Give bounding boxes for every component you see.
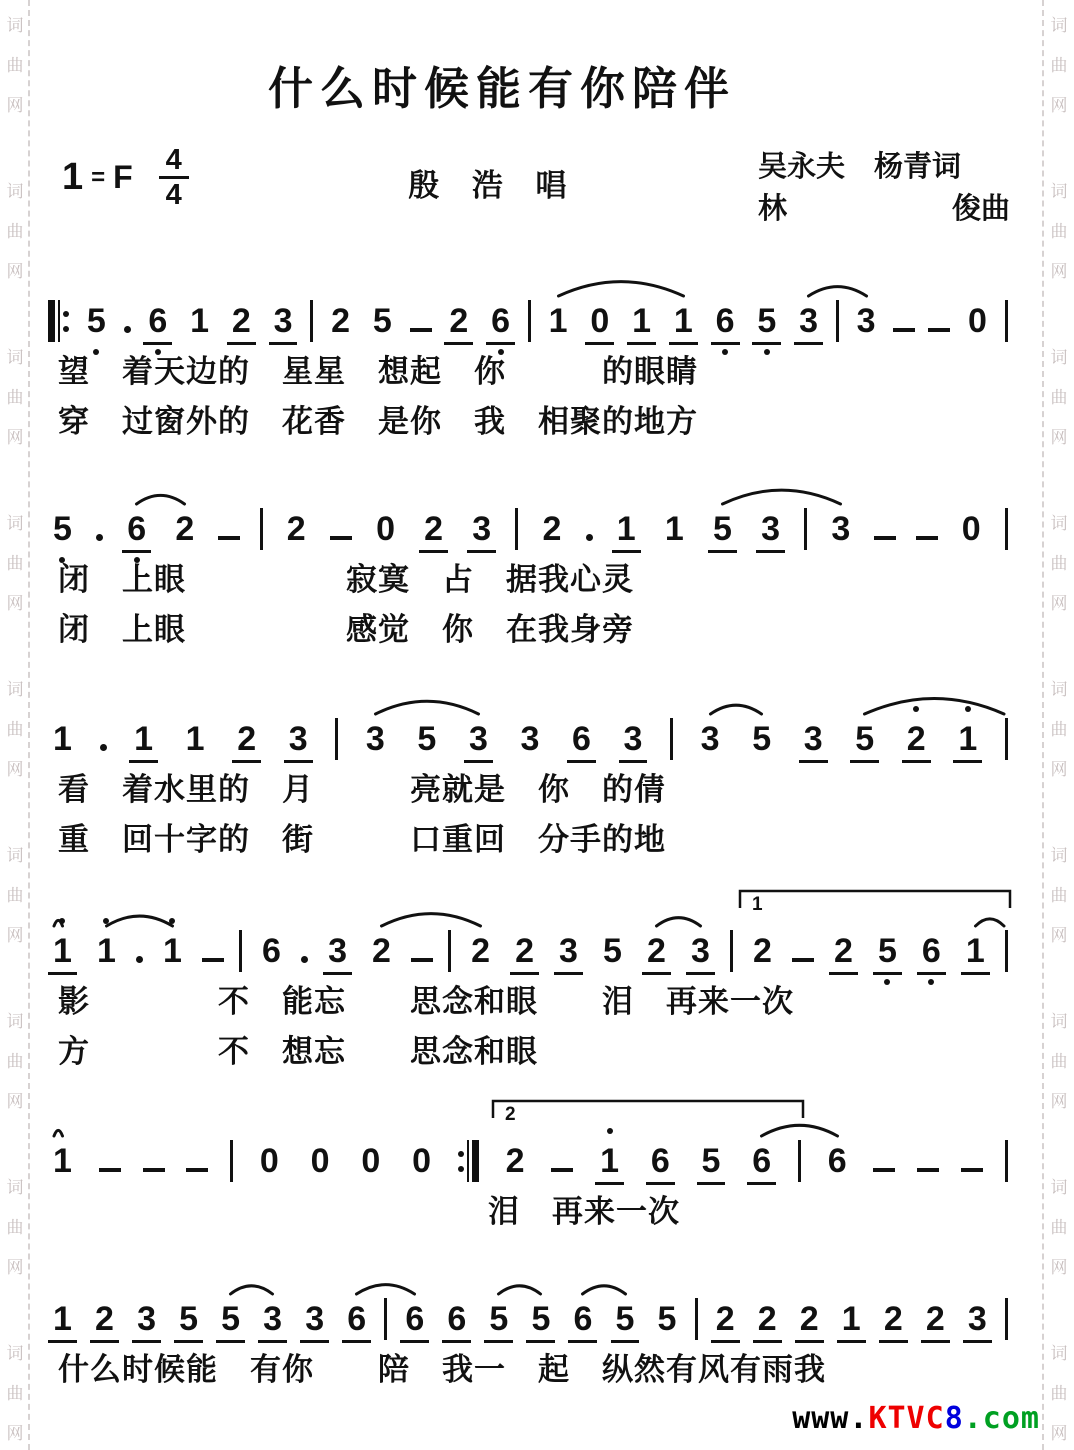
note: 2 bbox=[902, 718, 931, 763]
note: 3 bbox=[515, 718, 544, 760]
repeat-end-barline bbox=[458, 1140, 479, 1182]
notation-line: 100002165662 bbox=[48, 1096, 1008, 1185]
repeat-begin-barline bbox=[48, 300, 69, 342]
side-watermark-group: 词曲网 bbox=[7, 338, 24, 458]
note: 3 bbox=[323, 930, 352, 975]
note: 3 bbox=[852, 300, 881, 342]
lyrics-line: 方 不 想忘 思念和眼 bbox=[48, 1029, 1008, 1075]
barline bbox=[730, 930, 733, 972]
slur-overlay: 2 bbox=[48, 1096, 1008, 1140]
sheet-music-page: 词曲网词曲网词曲网词曲网词曲网词曲网词曲网词曲网词曲网 词曲网词曲网词曲网词曲网… bbox=[0, 0, 1074, 1450]
rest-note: 0 bbox=[963, 300, 992, 342]
note: 6 bbox=[646, 1140, 675, 1185]
note: 5 bbox=[412, 718, 441, 760]
volta-label: 1 bbox=[752, 894, 763, 915]
side-watermark-group: 词曲网 bbox=[7, 172, 24, 292]
note: 1 bbox=[837, 1298, 866, 1343]
duration-dash bbox=[411, 958, 433, 962]
side-watermark-group: 词曲网 bbox=[1051, 504, 1068, 624]
singer-credit: 殷 浩 唱 bbox=[408, 160, 578, 205]
augmentation-dot bbox=[136, 956, 143, 963]
note: 2 bbox=[367, 930, 396, 972]
volta-label: 2 bbox=[505, 1104, 516, 1125]
duration-dash bbox=[186, 1168, 208, 1172]
slur-overlay: 1 bbox=[48, 886, 1008, 930]
duration-dash bbox=[218, 536, 240, 540]
note: 5 bbox=[174, 1298, 203, 1343]
note: 2 bbox=[282, 508, 311, 550]
note: 3 bbox=[361, 718, 390, 760]
lyrics-line: 重 回十字的 街 口重回 分手的地 bbox=[48, 817, 1008, 863]
note: 1 bbox=[48, 1298, 77, 1343]
side-watermark-group: 词曲网 bbox=[1051, 1002, 1068, 1122]
meter-denominator: 4 bbox=[166, 181, 182, 209]
side-watermark-group: 词曲网 bbox=[1051, 172, 1068, 292]
music-system: 561232526101165330望 着天边的 星星 想起 你 的眼睛穿 过窗… bbox=[48, 256, 1008, 445]
note: 2 bbox=[711, 1298, 740, 1343]
notation-line: 111632223523225611 bbox=[48, 886, 1008, 975]
note: 2 bbox=[753, 1298, 782, 1343]
note: 3 bbox=[826, 508, 855, 550]
slur-overlay bbox=[48, 674, 1008, 718]
note: 5 bbox=[747, 718, 776, 760]
barline bbox=[1005, 508, 1008, 550]
note: 3 bbox=[756, 508, 785, 553]
slur-arc bbox=[54, 1130, 63, 1136]
barline bbox=[1005, 1298, 1008, 1340]
augmentation-dot bbox=[96, 534, 103, 541]
slur-arc bbox=[499, 1286, 541, 1294]
note: 1 bbox=[158, 930, 187, 972]
note: 5 bbox=[611, 1298, 640, 1343]
note: 2 bbox=[748, 930, 777, 972]
duration-dash bbox=[99, 1168, 121, 1172]
note: 6 bbox=[917, 930, 946, 975]
duration-dash bbox=[202, 958, 224, 962]
barline bbox=[798, 1140, 801, 1182]
barline bbox=[804, 508, 807, 550]
note: 2 bbox=[419, 508, 448, 553]
author-credits: 吴永夫 杨青词 林 俊曲 bbox=[758, 146, 1010, 230]
side-watermark-group: 词曲网 bbox=[1051, 1168, 1068, 1288]
barline bbox=[1005, 930, 1008, 972]
note: 6 bbox=[567, 718, 596, 763]
song-title: 什么时候能有你陪伴 bbox=[0, 52, 1004, 117]
duration-dash bbox=[916, 536, 938, 540]
side-watermark-group: 词曲网 bbox=[7, 1334, 24, 1450]
note: 1 bbox=[185, 300, 214, 342]
note: 6 bbox=[122, 508, 151, 553]
note: 2 bbox=[232, 718, 261, 763]
barline bbox=[1005, 1140, 1008, 1182]
note: 1 bbox=[660, 508, 689, 550]
note: 3 bbox=[794, 300, 823, 345]
note: 1 bbox=[48, 718, 77, 760]
slur-arc bbox=[137, 495, 185, 504]
note: 1 bbox=[627, 300, 656, 345]
note: 5 bbox=[653, 1298, 682, 1340]
rest-note: 0 bbox=[585, 300, 614, 345]
note: 3 bbox=[284, 718, 313, 763]
duration-dash bbox=[551, 1168, 573, 1172]
note: 6 bbox=[711, 300, 740, 345]
slur-arc bbox=[382, 914, 481, 926]
equals-sign: = bbox=[91, 164, 105, 192]
lyrics-line: 穿 过窗外的 花香 是你 我 相聚的地方 bbox=[48, 399, 1008, 445]
duration-dash bbox=[961, 1168, 983, 1172]
note: 5 bbox=[82, 300, 111, 342]
duration-dash bbox=[928, 328, 950, 332]
music-system: 111632223523225611影 不 能忘 思念和眼 泪 再来一次方 不 … bbox=[48, 886, 1008, 1075]
note: 5 bbox=[598, 930, 627, 972]
barline bbox=[448, 930, 451, 972]
note: 6 bbox=[747, 1140, 776, 1185]
slur-arc bbox=[809, 287, 867, 296]
note: 5 bbox=[216, 1298, 245, 1343]
watermark-segment: 8 bbox=[945, 1401, 964, 1436]
rest-note: 0 bbox=[371, 508, 400, 550]
note: 3 bbox=[686, 930, 715, 975]
side-watermark-group: 词曲网 bbox=[7, 504, 24, 624]
note: 2 bbox=[227, 300, 256, 345]
note: 2 bbox=[170, 508, 199, 550]
barline bbox=[515, 508, 518, 550]
barline bbox=[695, 1298, 698, 1340]
note: 5 bbox=[526, 1298, 555, 1343]
duration-dash bbox=[917, 1168, 939, 1172]
tonic: 1 bbox=[62, 156, 83, 199]
side-watermark-group: 词曲网 bbox=[7, 1168, 24, 1288]
note: 3 bbox=[467, 508, 496, 553]
side-watermark-left: 词曲网词曲网词曲网词曲网词曲网词曲网词曲网词曲网词曲网 bbox=[2, 6, 28, 1450]
lyrics-line: 泪 再来一次 bbox=[48, 1189, 1008, 1235]
note: 6 bbox=[486, 300, 515, 345]
lyrics-line: 看 着水里的 月 亮就是 你 的倩 bbox=[48, 767, 1008, 813]
rest-note: 0 bbox=[306, 1140, 335, 1182]
barline bbox=[335, 718, 338, 760]
slur-overlay bbox=[48, 256, 1008, 300]
side-watermark-group: 词曲网 bbox=[1051, 338, 1068, 458]
music-system: 11123353363353521看 着水里的 月 亮就是 你 的倩重 回十字的… bbox=[48, 674, 1008, 863]
note: 3 bbox=[554, 930, 583, 975]
note: 6 bbox=[442, 1298, 471, 1343]
side-watermark-group: 词曲网 bbox=[1051, 6, 1068, 126]
slur-arc bbox=[107, 916, 173, 926]
note: 5 bbox=[850, 718, 879, 763]
note: 2 bbox=[642, 930, 671, 975]
music-system: 100002165662泪 再来一次 bbox=[48, 1096, 1008, 1235]
side-watermark-group: 词曲网 bbox=[1051, 1334, 1068, 1450]
time-signature: 4 4 bbox=[159, 146, 189, 209]
slur-arc bbox=[231, 1286, 273, 1294]
rest-note: 0 bbox=[957, 508, 986, 550]
note: 2 bbox=[538, 508, 567, 550]
side-watermark-group: 词曲网 bbox=[7, 670, 24, 790]
meter-numerator: 4 bbox=[166, 146, 182, 174]
barline bbox=[1005, 718, 1008, 760]
note: 3 bbox=[619, 718, 648, 763]
slur-arc bbox=[657, 918, 701, 926]
note: 6 bbox=[823, 1140, 852, 1182]
note: 5 bbox=[368, 300, 397, 342]
note: 3 bbox=[258, 1298, 287, 1343]
note: 6 bbox=[400, 1298, 429, 1343]
notation-line: 56220232115330 bbox=[48, 464, 1008, 553]
note: 5 bbox=[697, 1140, 726, 1185]
note: 5 bbox=[48, 508, 77, 550]
note: 2 bbox=[510, 930, 539, 975]
note: 1 bbox=[129, 718, 158, 763]
left-dashed-divider bbox=[28, 0, 30, 1450]
watermark-segment: KTVC bbox=[868, 1401, 944, 1436]
note: 2 bbox=[326, 300, 355, 342]
duration-dash bbox=[874, 536, 896, 540]
barline bbox=[670, 718, 673, 760]
barline bbox=[836, 300, 839, 342]
notation-line: 561232526101165330 bbox=[48, 256, 1008, 345]
duration-dash bbox=[410, 328, 432, 332]
watermark-segment: www. bbox=[792, 1401, 868, 1436]
note: 6 bbox=[342, 1298, 371, 1343]
note: 2 bbox=[501, 1140, 530, 1182]
notation-line: 11123353363353521 bbox=[48, 674, 1008, 763]
note: 2 bbox=[829, 930, 858, 975]
barline bbox=[384, 1298, 387, 1340]
augmentation-dot bbox=[100, 744, 107, 751]
note: 3 bbox=[300, 1298, 329, 1343]
note: 6 bbox=[257, 930, 286, 972]
slur-overlay bbox=[48, 464, 1008, 508]
composer-credit: 林 俊曲 bbox=[758, 188, 1010, 230]
augmentation-dot bbox=[586, 534, 593, 541]
music-system: 1235533666556552221223什么时候能 有你 陪 我一 起 纵然… bbox=[48, 1254, 1008, 1393]
music-system: 56220232115330闭 上眼 寂寞 占 据我心灵闭 上眼 感觉 你 在我… bbox=[48, 464, 1008, 653]
note: 1 bbox=[181, 718, 210, 760]
barline bbox=[310, 300, 313, 342]
volta-bracket bbox=[740, 891, 1010, 908]
volta-bracket bbox=[493, 1101, 803, 1118]
note: 1 bbox=[953, 718, 982, 763]
lyricist-credit: 吴永夫 杨青词 bbox=[758, 146, 1010, 188]
note: 5 bbox=[708, 508, 737, 553]
duration-dash bbox=[792, 958, 814, 962]
lyrics-line: 影 不 能忘 思念和眼 泪 再来一次 bbox=[48, 979, 1008, 1025]
note: 5 bbox=[484, 1298, 513, 1343]
slur-arc bbox=[357, 1285, 415, 1294]
notation-line: 1235533666556552221223 bbox=[48, 1254, 1008, 1343]
note: 2 bbox=[879, 1298, 908, 1343]
note: 3 bbox=[696, 718, 725, 760]
lyrics-line: 闭 上眼 寂寞 占 据我心灵 bbox=[48, 557, 1008, 603]
ktvc8-watermark: www.KTVC8.com bbox=[792, 1401, 1040, 1436]
note: 1 bbox=[612, 508, 641, 553]
note: 2 bbox=[444, 300, 473, 345]
note: 3 bbox=[132, 1298, 161, 1343]
note: 1 bbox=[544, 300, 573, 342]
lyrics-line: 闭 上眼 感觉 你 在我身旁 bbox=[48, 607, 1008, 653]
header-row: 1 = F 4 4 殷 浩 唱 吴永夫 杨青词 林 俊曲 bbox=[62, 146, 1010, 230]
lyrics-line: 望 着天边的 星星 想起 你 的眼睛 bbox=[48, 349, 1008, 395]
slur-arc bbox=[583, 1286, 626, 1294]
right-dashed-divider bbox=[1042, 0, 1044, 1450]
slur-arc bbox=[976, 919, 1005, 926]
rest-note: 0 bbox=[255, 1140, 284, 1182]
note: 2 bbox=[795, 1298, 824, 1343]
barline bbox=[528, 300, 531, 342]
note: 3 bbox=[963, 1298, 992, 1343]
key-signature: 1 = F 4 4 bbox=[62, 146, 189, 209]
slur-arc bbox=[865, 699, 1005, 714]
note: 3 bbox=[464, 718, 493, 763]
watermark-segment: .com bbox=[964, 1401, 1040, 1436]
note: 2 bbox=[921, 1298, 950, 1343]
side-watermark-group: 词曲网 bbox=[7, 836, 24, 956]
side-watermark-group: 词曲网 bbox=[1051, 836, 1068, 956]
slur-arc bbox=[711, 705, 762, 714]
duration-dash bbox=[893, 328, 915, 332]
note: 3 bbox=[269, 300, 298, 345]
barline bbox=[260, 508, 263, 550]
note: 5 bbox=[873, 930, 902, 975]
rest-note: 0 bbox=[407, 1140, 436, 1182]
slur-arc bbox=[762, 1125, 838, 1136]
barline bbox=[1005, 300, 1008, 342]
key-name: F bbox=[113, 159, 133, 196]
duration-dash bbox=[330, 536, 352, 540]
lyrics-line: 什么时候能 有你 陪 我一 起 纵然有风有雨我 bbox=[48, 1347, 1008, 1393]
augmentation-dot bbox=[124, 326, 131, 333]
note: 3 bbox=[799, 718, 828, 763]
duration-dash bbox=[873, 1168, 895, 1172]
duration-dash bbox=[143, 1168, 165, 1172]
slur-overlay bbox=[48, 1254, 1008, 1298]
slur-arc bbox=[376, 701, 479, 714]
slur-arc bbox=[723, 490, 841, 504]
note: 2 bbox=[90, 1298, 119, 1343]
note: 1 bbox=[48, 930, 77, 975]
barline bbox=[230, 1140, 233, 1182]
rest-note: 0 bbox=[356, 1140, 385, 1182]
slur-arc bbox=[559, 282, 684, 296]
note: 1 bbox=[92, 930, 121, 972]
note: 1 bbox=[48, 1140, 77, 1182]
note: 6 bbox=[568, 1298, 597, 1343]
note: 2 bbox=[466, 930, 495, 972]
note: 5 bbox=[752, 300, 781, 345]
side-watermark-group: 词曲网 bbox=[1051, 670, 1068, 790]
barline bbox=[239, 930, 242, 972]
note: 6 bbox=[143, 300, 172, 345]
side-watermark-group: 词曲网 bbox=[7, 1002, 24, 1122]
note: 1 bbox=[595, 1140, 624, 1185]
augmentation-dot bbox=[301, 956, 308, 963]
note: 1 bbox=[669, 300, 698, 345]
note: 1 bbox=[961, 930, 990, 975]
side-watermark-right: 词曲网词曲网词曲网词曲网词曲网词曲网词曲网词曲网词曲网 bbox=[1046, 6, 1072, 1450]
